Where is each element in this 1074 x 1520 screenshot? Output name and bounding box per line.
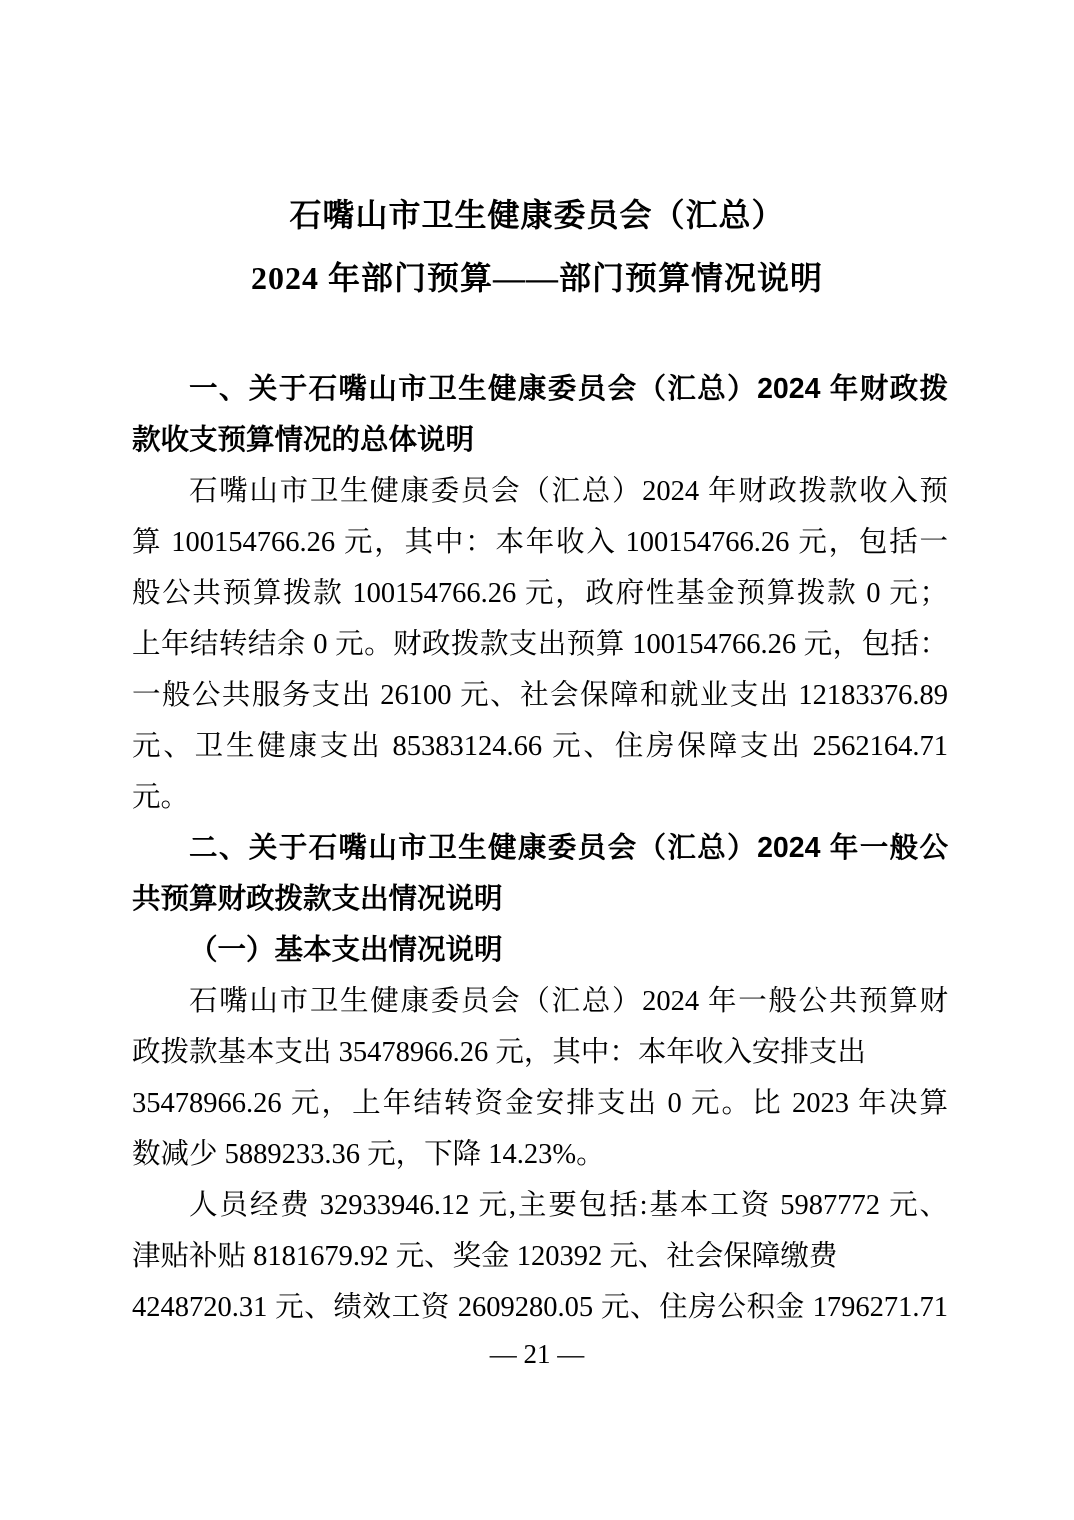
section-2-subheading: （一）基本支出情况说明 <box>132 925 948 976</box>
text-line: 般公共预算拨款 100154766.26 元，政府性基金预算拨款 0 元； <box>132 568 948 619</box>
text-line: 一、关于石嘴山市卫生健康委员会（汇总）2024 年财政拨 <box>132 364 948 415</box>
text-line: 二、关于石嘴山市卫生健康委员会（汇总）2024 年一般公 <box>132 823 948 874</box>
section-2-paragraph-1: 石嘴山市卫生健康委员会（汇总）2024 年一般公共预算财政拨款基本支出 3547… <box>132 976 948 1180</box>
document-title-line-1: 石嘴山市卫生健康委员会（汇总） <box>0 184 1074 247</box>
document-title-line-2: 2024 年部门预算——部门预算情况说明 <box>0 247 1074 310</box>
document-title: 石嘴山市卫生健康委员会（汇总） 2024 年部门预算——部门预算情况说明 <box>0 184 1074 310</box>
text-line: 算 100154766.26 元，其中：本年收入 100154766.26 元，… <box>132 517 948 568</box>
text-line: 35478966.26 元，上年结转资金安排支出 0 元。比 2023 年决算 <box>132 1078 948 1129</box>
text-line: 共预算财政拨款支出情况说明 <box>132 874 948 925</box>
text-line: 元。 <box>132 772 948 823</box>
text-line: 数减少 5889233.36 元，下降 14.23%。 <box>132 1129 948 1180</box>
text-line: 人员经费 32933946.12 元,主要包括:基本工资 5987772 元、 <box>132 1180 948 1231</box>
section-2-paragraph-2: 人员经费 32933946.12 元,主要包括:基本工资 5987772 元、津… <box>132 1180 948 1333</box>
text-line: 石嘴山市卫生健康委员会（汇总）2024 年一般公共预算财 <box>132 976 948 1027</box>
text-line: （一）基本支出情况说明 <box>132 925 948 976</box>
document-body: 一、关于石嘴山市卫生健康委员会（汇总）2024 年财政拨款收支预算情况的总体说明… <box>132 364 948 1333</box>
document-page: 石嘴山市卫生健康委员会（汇总） 2024 年部门预算——部门预算情况说明 一、关… <box>0 0 1074 1520</box>
section-1-paragraph: 石嘴山市卫生健康委员会（汇总）2024 年财政拨款收入预算 100154766.… <box>132 466 948 823</box>
text-line: 津贴补贴 8181679.92 元、奖金 120392 元、社会保障缴费 <box>132 1231 948 1282</box>
section-1-heading: 一、关于石嘴山市卫生健康委员会（汇总）2024 年财政拨款收支预算情况的总体说明 <box>132 364 948 466</box>
text-line: 政拨款基本支出 35478966.26 元，其中：本年收入安排支出 <box>132 1027 948 1078</box>
text-line: 款收支预算情况的总体说明 <box>132 415 948 466</box>
text-line: 4248720.31 元、绩效工资 2609280.05 元、住房公积金 179… <box>132 1282 948 1333</box>
page-number: — 21 — <box>0 1334 1074 1374</box>
text-line: 一般公共服务支出 26100 元、社会保障和就业支出 12183376.89 <box>132 670 948 721</box>
text-line: 石嘴山市卫生健康委员会（汇总）2024 年财政拨款收入预 <box>132 466 948 517</box>
section-2-heading: 二、关于石嘴山市卫生健康委员会（汇总）2024 年一般公共预算财政拨款支出情况说… <box>132 823 948 925</box>
text-line: 元、卫生健康支出 85383124.66 元、住房保障支出 2562164.71 <box>132 721 948 772</box>
text-line: 上年结转结余 0 元。财政拨款支出预算 100154766.26 元，包括： <box>132 619 948 670</box>
